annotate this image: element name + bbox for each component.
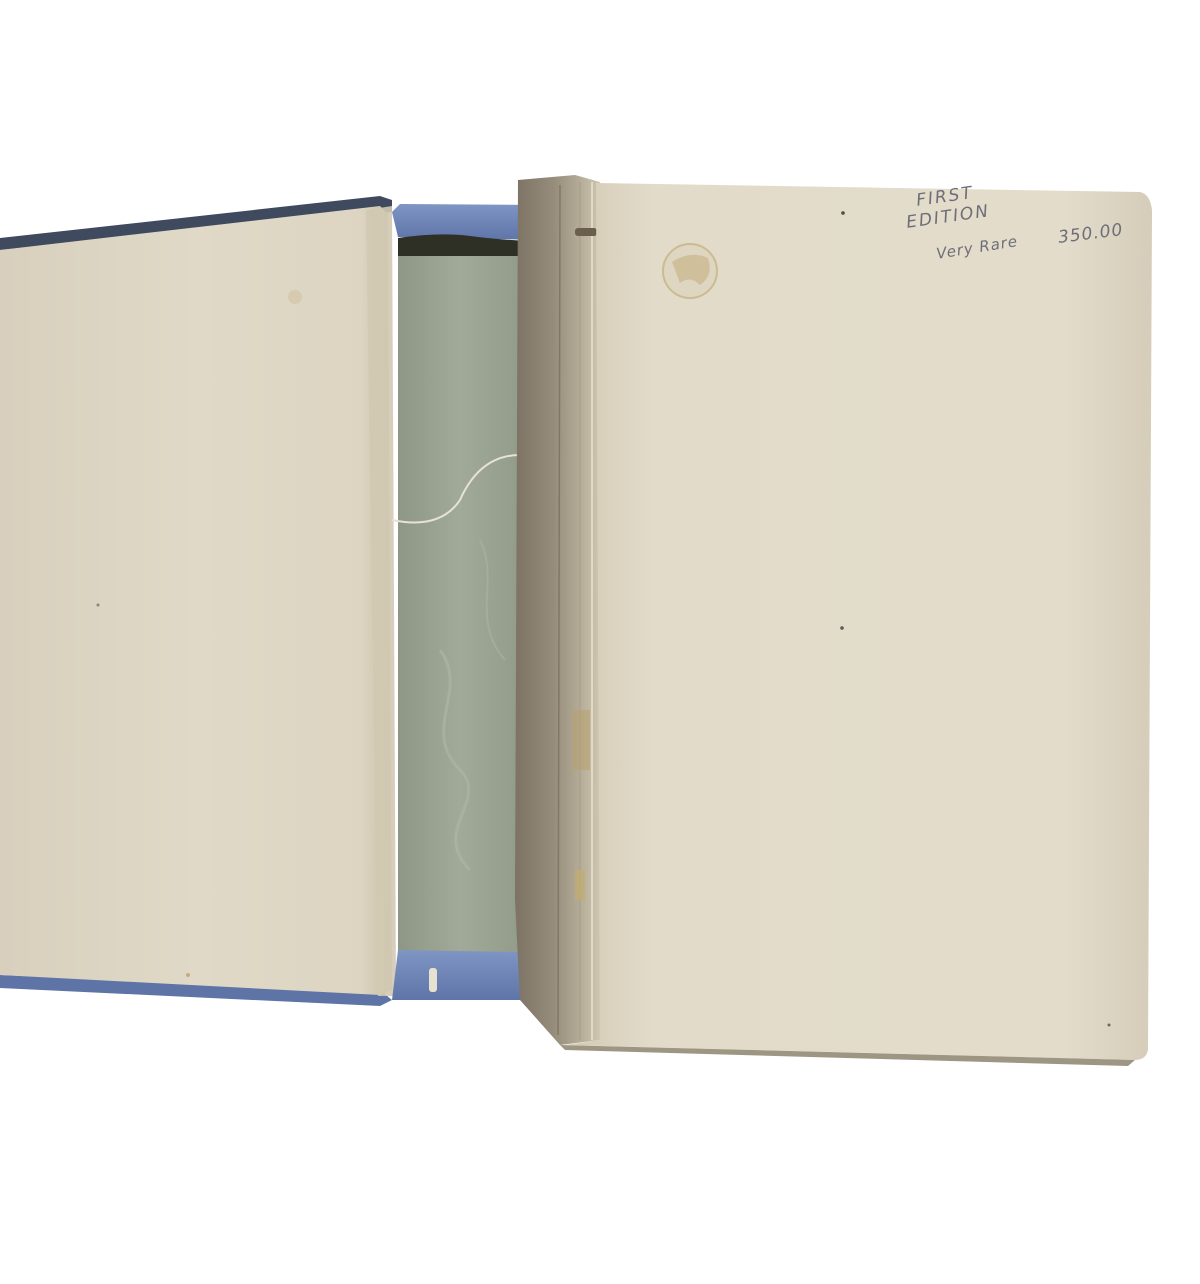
text-block-spine xyxy=(515,175,600,1045)
green-endpaper xyxy=(398,256,520,953)
book-illustration xyxy=(0,0,1200,1284)
spine-blue-bottom xyxy=(392,950,520,1000)
left-pastedown xyxy=(0,206,392,995)
book-photo: FIRST EDITION Very Rare 350.00 xyxy=(0,0,1200,1284)
flyleaf-page xyxy=(565,183,1152,1060)
